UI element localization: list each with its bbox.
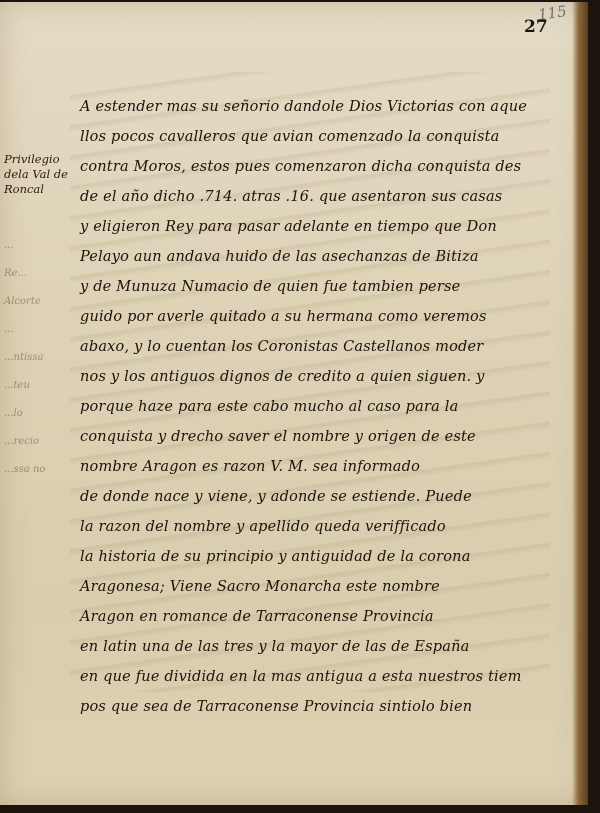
bleed-line: ...recio: [4, 428, 68, 456]
manuscript-page: 115 27 Privilegio dela Val de Roncal ...…: [0, 2, 588, 805]
text-line: Aragonesa; Viene Sacro Monarcha este nom…: [80, 572, 550, 602]
text-line: en latin una de las tres y la mayor de l…: [80, 632, 550, 662]
bleed-line: ...teu: [4, 372, 68, 400]
text-line: la razon del nombre y apellido queda ver…: [80, 512, 550, 542]
margin-note-line: Privilegio: [4, 152, 80, 167]
bleed-line: ...: [4, 316, 68, 344]
text-line: guido por averle quitado a su hermana co…: [80, 302, 550, 332]
bleed-line: ...ntissa: [4, 344, 68, 372]
text-line: llos pocos cavalleros que avian comenzad…: [80, 122, 550, 152]
margin-note-line: dela Val de: [4, 167, 80, 182]
text-line: contra Moros, estos pues comenzaron dich…: [80, 152, 550, 182]
margin-bleed-through: ... Re... Alcorte ... ...ntissa ...teu .…: [4, 232, 68, 484]
bleed-line: ...: [4, 232, 68, 260]
text-line: y de Munuza Numacio de quien fue tambien…: [80, 272, 550, 302]
bleed-line: Alcorte: [4, 288, 68, 316]
bleed-line: Re...: [4, 260, 68, 288]
margin-note: Privilegio dela Val de Roncal: [4, 152, 80, 197]
text-line: A estender mas su señorio dandole Dios V…: [80, 92, 550, 122]
text-line: pos que sea de Tarraconense Provincia si…: [80, 692, 550, 722]
bleed-line: ...ssa no: [4, 456, 68, 484]
folio-number: 27: [524, 17, 548, 37]
text-line: la historia de su principio y antiguidad…: [80, 542, 550, 572]
text-line: porque haze para este cabo mucho al caso…: [80, 392, 550, 422]
text-line: nos y los antiguos dignos de credito a q…: [80, 362, 550, 392]
text-line: Pelayo aun andava huido de las asechanza…: [80, 242, 550, 272]
text-line: y eligieron Rey para pasar adelante en t…: [80, 212, 550, 242]
text-line: de donde nace y viene, y adonde se estie…: [80, 482, 550, 512]
margin-note-line: Roncal: [4, 182, 80, 197]
text-line: en que fue dividida en la mas antigua a …: [80, 662, 550, 692]
text-line: conquista y drecho saver el nombre y ori…: [80, 422, 550, 452]
manuscript-body: A estender mas su señorio dandole Dios V…: [80, 92, 550, 722]
scan-border-bottom: [0, 805, 600, 813]
bleed-line: ...lo: [4, 400, 68, 428]
page-binding-edge: [572, 2, 588, 805]
text-line: Aragon en romance de Tarraconense Provin…: [80, 602, 550, 632]
text-line: de el año dicho .714. atras .16. que ase…: [80, 182, 550, 212]
text-line: nombre Aragon es razon V. M. sea informa…: [80, 452, 550, 482]
text-line: abaxo, y lo cuentan los Coronistas Caste…: [80, 332, 550, 362]
